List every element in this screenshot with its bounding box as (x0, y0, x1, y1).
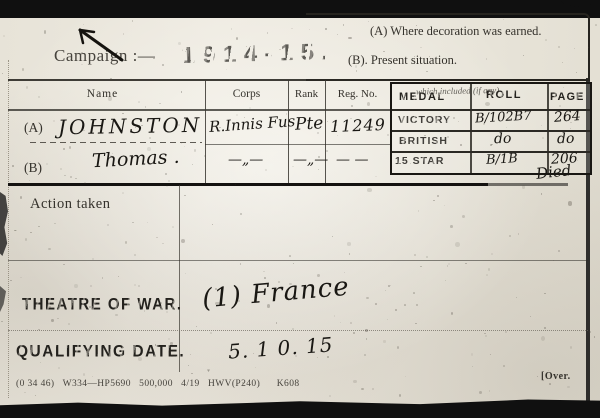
medal-row-victory: VICTORY (398, 114, 451, 126)
medal-row-british-roll: do (494, 131, 512, 148)
row-a-grid-line (205, 144, 390, 145)
medal-row-british: BRITISH (399, 135, 448, 147)
row-b-corps-ditto: —„— (228, 152, 263, 168)
medal-row-star-roll: B/1B (486, 151, 519, 168)
qualifying-date-label: QUALIFYING DATE. (16, 342, 185, 361)
medal-row-victory-page: 264 (553, 108, 581, 126)
table-top-rule (8, 79, 390, 81)
notes-line-a: (A) Where decoration was earned. (370, 24, 542, 39)
theatre-of-war-label: THEATRE OF WAR. (22, 295, 183, 313)
died-note: Died (535, 161, 572, 183)
scan-edge-bottom (0, 396, 600, 418)
medal-col-line-1 (470, 84, 472, 173)
header-rank: Rank (288, 88, 325, 100)
medal-row-star: 15 STAR (395, 155, 444, 167)
header-name: Name (0, 88, 205, 100)
row-b-rank-ditto: —„— (293, 152, 328, 168)
row-b-reg-no-ditto: — — (336, 152, 368, 168)
medal-header-medal: MEDAL (399, 91, 446, 103)
over-note: [Over. (541, 371, 571, 382)
medal-row-british-page: do (557, 131, 575, 148)
row-a-reg-no: 11249 (330, 115, 387, 136)
row-a-corps: R.Innis Fus (208, 112, 295, 136)
notes-line-b: (B). Present situation. (348, 53, 457, 68)
row-a-prefix: (A) (24, 120, 43, 136)
theatre-of-war-value: (1) France (201, 272, 351, 315)
pen-arrow-mark (70, 22, 140, 67)
action-bottom-rule (8, 260, 588, 261)
scan-smudge-left-1 (0, 192, 8, 256)
qualifying-date-value: 5. 1 0. 15 (227, 332, 334, 363)
medal-header-page: PAGE (550, 91, 584, 103)
theatre-bottom-rule (8, 330, 588, 331)
row-a-name: JOHNSTON (58, 113, 203, 140)
medal-row-victory-roll: B/102B7 (475, 109, 532, 127)
row-b-name: Thomas . (91, 146, 180, 173)
row-a-underline (30, 142, 202, 143)
table-header-rule (8, 109, 390, 111)
action-taken-label: Action taken (30, 196, 111, 213)
medal-col-line-2 (547, 84, 549, 173)
table-bottom-rule (8, 183, 568, 186)
notes-box: (A) Where decoration was earned. (B). Pr… (306, 13, 590, 81)
form-print-code: (0 34 46) W334—HP5690 500,000 4/19 HWV(P… (16, 379, 300, 389)
medal-index-card-scan: Campaign :— 1914-15. (A) Where decoratio… (0, 0, 600, 418)
card-left-border (8, 60, 9, 398)
scan-smudge-left-2 (0, 286, 6, 312)
row-a-rank: Pte (294, 113, 323, 134)
row-b-prefix: (B) (24, 160, 42, 176)
medal-header-roll: ROLL (486, 89, 522, 101)
header-reg-no: Reg. No. (325, 88, 390, 100)
header-corps: Corps (205, 88, 288, 100)
